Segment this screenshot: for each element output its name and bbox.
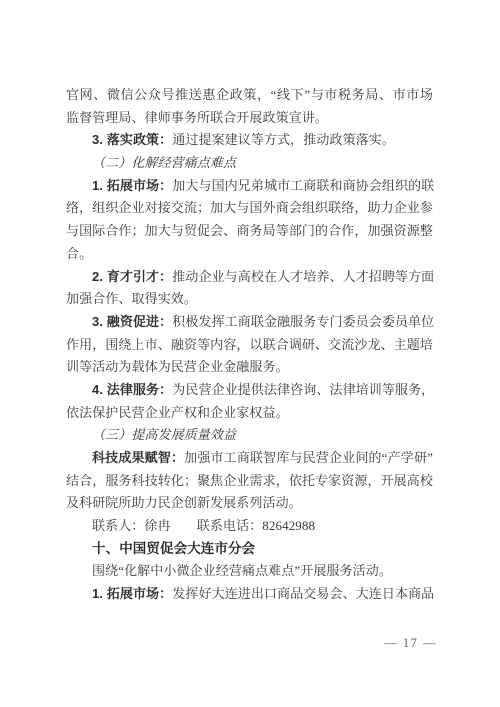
text-segment: 加强合作、取得实效。 [66, 291, 197, 306]
text-segment: 3. 融资促进： [92, 314, 172, 329]
text-line-17: 科技成果赋智：加强市工商联智库与民营企业间的“产学研” [66, 447, 433, 470]
text-segment: 联系人：徐冉 联系电话：82642988 [92, 518, 315, 533]
text-segment: 1. 拓展市场： [92, 178, 172, 193]
text-line-12: 作用，围绕上市、融资等内容，以联合调研、交流沙龙、主题培 [66, 334, 433, 357]
text-segment: 十、中国贸促会大连市分会 [92, 541, 255, 556]
page-number: — 17 — [0, 636, 437, 651]
text-line-11: 3. 融资促进：积极发挥工商联金融服务专门委员会委员单位 [66, 311, 433, 334]
document-page: 官网、微信公众号推送惠企政策，“线下”与市税务局、市市场监督管理局、律师事务所联… [0, 0, 500, 707]
text-segment: 围绕“化解中小微企业经营痛点难点”开展服务活动。 [92, 563, 392, 578]
text-line-22: 围绕“化解中小微企业经营痛点难点”开展服务活动。 [66, 560, 433, 583]
text-segment: 监督管理局、律师事务所联合开展政策宣讲。 [66, 110, 328, 125]
text-line-8: 合。 [66, 243, 433, 266]
text-segment: 科技成果赋智： [92, 450, 184, 465]
text-line-7: 与国际合作；加大与贸促会、商务局等部门的合作，加强资源整 [66, 220, 433, 243]
text-segment: 推动企业与高校在人才培养、人才招聘等方面 [172, 269, 434, 284]
text-line-6: 络，组织企业对接交流；加大与国外商会组织联络，助力企业参 [66, 197, 433, 220]
text-segment: 加强市工商联智库与民营企业间的“产学研” [184, 450, 433, 465]
text-segment: 依法保护民营企业产权和企业家权益。 [66, 405, 289, 420]
text-line-20: 联系人：徐冉 联系电话：82642988 [66, 515, 433, 538]
text-segment: 络，组织企业对接交流；加大与国外商会组织联络，助力企业参 [66, 200, 433, 215]
text-segment: 训等活动为载体为民营企业金融服务。 [66, 359, 289, 374]
text-segment: 与国际合作；加大与贸促会、商务局等部门的合作，加强资源整 [66, 223, 433, 238]
text-line-13: 训等活动为载体为民营企业金融服务。 [66, 356, 433, 379]
text-line-18: 结合，服务科技转化；聚焦企业需求，依托专家资源，开展高校 [66, 470, 433, 493]
text-segment: 为民营企业提供法律咨询、法律培训等服务， [172, 382, 434, 397]
text-line-23: 1. 拓展市场：发挥好大连进出口商品交易会、大连日本商品 [66, 583, 433, 606]
text-line-10: 加强合作、取得实效。 [66, 288, 433, 311]
text-segment: 2. 育才引才： [92, 269, 172, 284]
text-segment: 结合，服务科技转化；聚焦企业需求，依托专家资源，开展高校 [66, 473, 433, 488]
text-line-14: 4. 法律服务：为民营企业提供法律咨询、法律培训等服务， [66, 379, 433, 402]
text-line-9: 2. 育才引才：推动企业与高校在人才培养、人才招聘等方面 [66, 266, 433, 289]
text-segment: 及科研院所助力民企创新发展系列活动。 [66, 495, 302, 510]
text-line-3: 3. 落实政策：通过提案建议等方式，推动政策落实。 [66, 129, 433, 152]
text-segment: 发挥好大连进出口商品交易会、大连日本商品 [172, 586, 434, 601]
text-line-16: （三）提高发展质量效益 [66, 424, 433, 447]
page-body-text: 官网、微信公众号推送惠企政策，“线下”与市税务局、市市场监督管理局、律师事务所联… [66, 84, 433, 606]
text-line-19: 及科研院所助力民企创新发展系列活动。 [66, 492, 433, 515]
text-line-4: （二）化解经营痛点难点 [66, 152, 433, 175]
text-line-1: 官网、微信公众号推送惠企政策，“线下”与市税务局、市市场 [66, 84, 433, 107]
text-segment: 通过提案建议等方式，推动政策落实。 [172, 132, 395, 147]
text-segment: 1. 拓展市场： [92, 586, 172, 601]
text-line-2: 监督管理局、律师事务所联合开展政策宣讲。 [66, 107, 433, 130]
text-segment: 合。 [66, 246, 92, 261]
text-line-15: 依法保护民营企业产权和企业家权益。 [66, 402, 433, 425]
text-segment: （二）化解经营痛点难点 [92, 155, 236, 170]
text-segment: 官网、微信公众号推送惠企政策，“线下”与市税务局、市市场 [66, 87, 433, 102]
text-segment: 加大与国内兄弟城市工商联和商协会组织的联 [172, 178, 434, 193]
text-line-5: 1. 拓展市场：加大与国内兄弟城市工商联和商协会组织的联 [66, 175, 433, 198]
text-segment: 作用，围绕上市、融资等内容，以联合调研、交流沙龙、主题培 [66, 337, 433, 352]
text-segment: 积极发挥工商联金融服务专门委员会委员单位 [172, 314, 434, 329]
text-segment: 4. 法律服务： [92, 382, 172, 397]
text-segment: 3. 落实政策： [92, 132, 172, 147]
text-segment: （三）提高发展质量效益 [92, 427, 236, 442]
text-line-21: 十、中国贸促会大连市分会 [66, 538, 433, 561]
